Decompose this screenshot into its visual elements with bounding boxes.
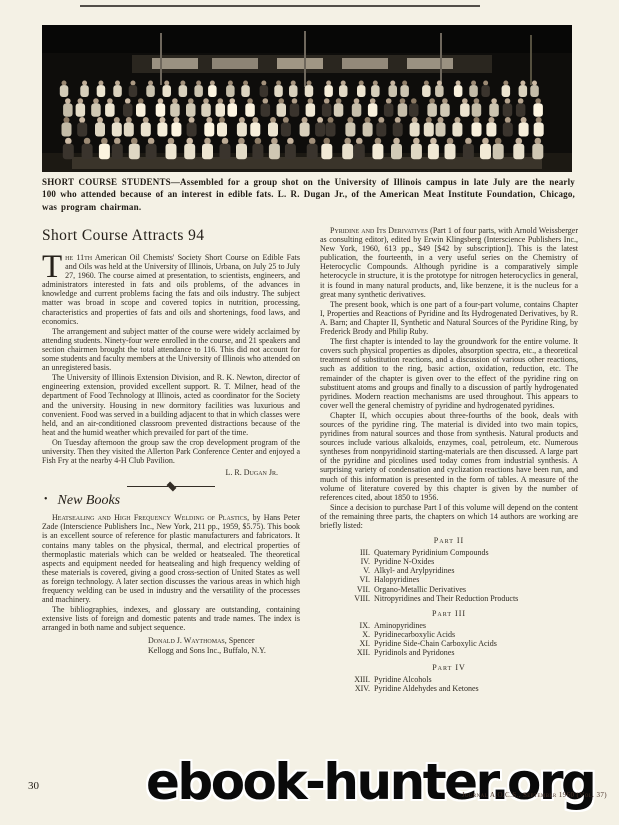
book-title: Pyridine and Its Derivatives [330,226,428,235]
divider-line [127,486,168,487]
chapter-title: Nitropyridines and Their Reduction Produ… [374,594,578,603]
paragraph-text: American Oil Chemists' Society Short Cou… [42,253,300,326]
chapter-number: XI. [344,639,374,648]
paragraph-lead: he 11th [65,253,92,262]
part-heading: Part II [320,536,578,545]
reviewer-signature: Donald J. Waythomas, Spencer Kellogg and… [148,636,300,655]
page-number: 30 [28,780,39,792]
bullet-icon: • [44,495,48,505]
section-divider [127,484,215,489]
right-column: Pyridine and Its Derivatives (Part 1 of … [320,226,578,694]
article-title: Short Course Attracts 94 [42,228,300,244]
toc-item: XII.Pyridinols and Pyridones [344,648,578,657]
paragraph: The first chapter is intended to lay the… [320,337,578,410]
part-section-2: Part II III.Quaternary Pyridinium Compou… [320,536,578,603]
chapter-title: Pyridine N-Oxides [374,557,578,566]
toc-item: III.Quaternary Pyridinium Compounds [344,548,578,557]
paragraph-text: (Part 1 of four parts, with Arnold Weiss… [320,226,578,299]
toc-item: VII.Organo-Metallic Derivatives [344,585,578,594]
chapter-title: Pyridine Side-Chain Carboxylic Acids [374,639,578,648]
chapter-number: XIV. [344,684,374,693]
toc-item: IX.Aminopyridines [344,621,578,630]
drop-cap: T [42,253,65,280]
paragraph-text: by Hans Peter Zade (Interscience Publish… [42,513,300,604]
chapter-title: Pyridine Alcohols [374,675,578,684]
reviewer-affiliation-line2: Kellogg and Sons Inc., Buffalo, N.Y. [148,646,266,655]
paragraph: Since a decision to purchase Part I of t… [320,503,578,530]
chapter-number: IX. [344,621,374,630]
article-columns: Short Course Attracts 94 The 11th Americ… [42,226,578,694]
new-books-heading: • New Books [44,495,300,505]
chapter-title: Pyridinecarboxylic Acids [374,630,578,639]
author-signature: L. R. Dugan Jr. [42,468,300,477]
photo-caption: SHORT COURSE STUDENTS—Assembled for a gr… [42,176,575,213]
left-column: Short Course Attracts 94 The 11th Americ… [42,226,300,694]
paragraph: On Tuesday afternoon the group saw the c… [42,438,300,465]
scan-artifact-line [80,5,480,7]
book-title: Heatsealing and High Frequency Welding o… [52,513,249,522]
chapter-title: Aminopyridines [374,621,578,630]
toc-item: V.Alkyl- and Arylpyridines [344,566,578,575]
chapter-title: Halopyridines [374,575,578,584]
toc-item: IV.Pyridine N-Oxides [344,557,578,566]
chapter-title: Alkyl- and Arylpyridines [374,566,578,575]
chapter-number: XIII. [344,675,374,684]
toc-item: VIII.Nitropyridines and Their Reduction … [344,594,578,603]
group-photo-image [42,25,572,172]
toc-item: XIII.Pyridine Alcohols [344,675,578,684]
part-section-3: Part III IX.Aminopyridines X.Pyridinecar… [320,609,578,657]
divider-line [175,486,216,487]
paragraph: The present book, which is one part of a… [320,300,578,336]
chapter-title: Pyridine Aldehydes and Ketones [374,684,578,693]
chapter-number: VI. [344,575,374,584]
part-section-4: Part IV XIII.Pyridine Alcohols XIV.Pyrid… [320,663,578,693]
chapter-title: Organo-Metallic Derivatives [374,585,578,594]
part-heading: Part IV [320,663,578,672]
chapter-title: Pyridinols and Pyridones [374,648,578,657]
paragraph: The 11th American Oil Chemists' Society … [42,253,300,326]
part-heading: Part III [320,609,578,618]
book-review-paragraph: Pyridine and Its Derivatives (Part 1 of … [320,226,578,299]
chapter-number: VIII. [344,594,374,603]
toc-item: XI.Pyridine Side-Chain Carboxylic Acids [344,639,578,648]
chapter-number: IV. [344,557,374,566]
toc-item: VI.Halopyridines [344,575,578,584]
paragraph: The University of Illinois Extension Div… [42,373,300,437]
journal-footer: Journal A.O.C.S., September 1960 (Vol. 3… [462,791,607,799]
toc-item: XIV.Pyridine Aldehydes and Ketones [344,684,578,693]
paragraph: Chapter II, which occupies about three-f… [320,411,578,502]
group-photo [42,25,572,172]
divider-diamond-icon [166,482,176,492]
reviewer-affiliation: , Spencer [225,636,255,645]
chapter-number: VII. [344,585,374,594]
chapter-number: X. [344,630,374,639]
chapter-title: Quaternary Pyridinium Compounds [374,548,578,557]
new-books-title: New Books [58,496,121,505]
toc-item: X.Pyridinecarboxylic Acids [344,630,578,639]
watermark: ebook-hunter.org [146,753,594,811]
paragraph: The arrangement and subject matter of th… [42,327,300,372]
book-review-paragraph: Heatsealing and High Frequency Welding o… [42,513,300,604]
chapter-number: V. [344,566,374,575]
paragraph: The bibliographies, indexes, and glossar… [42,605,300,632]
chapter-number: III. [344,548,374,557]
reviewer-name: Donald J. Waythomas [148,636,225,645]
chapter-number: XII. [344,648,374,657]
